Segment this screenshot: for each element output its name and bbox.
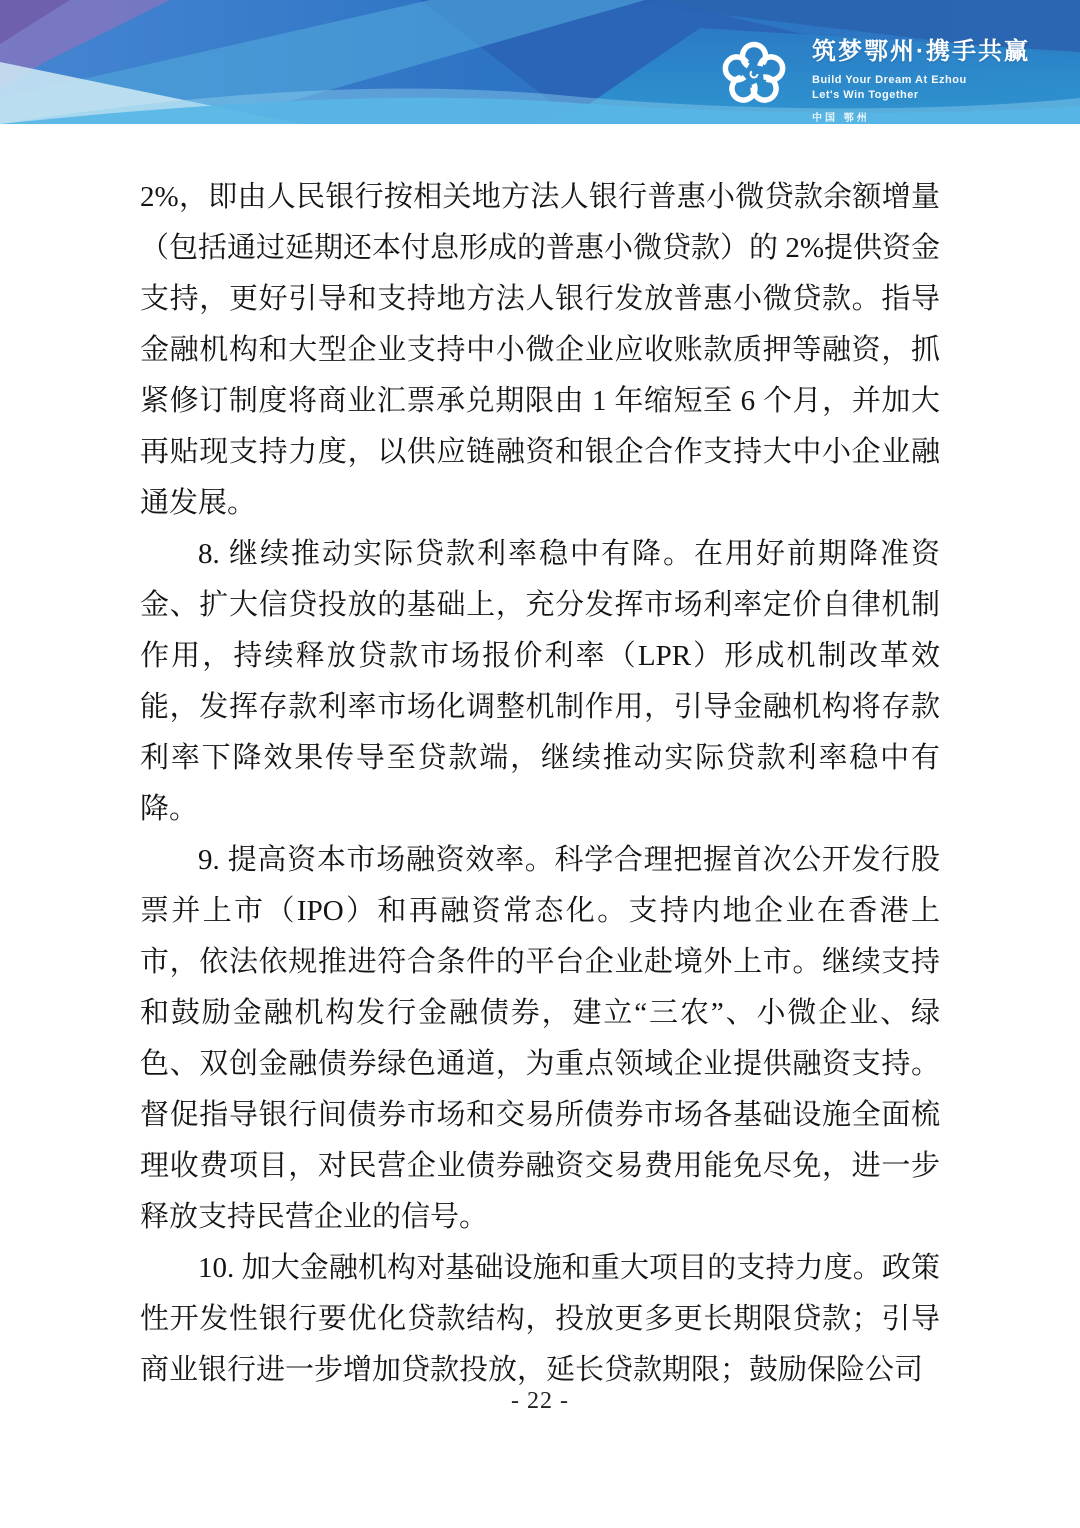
document-body: 2%，即由人民银行按相关地方法人银行普惠小微贷款余额增量（包括通过延期还本付息形… — [140, 172, 940, 1396]
paragraph-9: 9. 提高资本市场融资效率。科学合理把握首次公开发行股票并上市（IPO）和再融资… — [140, 835, 940, 1243]
document-page: 筑梦鄂州·携手共赢 Build Your Dream At Ezhou Let'… — [0, 0, 1080, 1528]
ezhou-flower-logo-icon — [712, 30, 796, 116]
paragraph-7-continuation: 2%，即由人民银行按相关地方法人银行普惠小微贷款余额增量（包括通过延期还本付息形… — [140, 172, 940, 529]
brand-subtitle-en-2: Let's Win Together — [812, 88, 1030, 102]
paragraph-10: 10. 加大金融机构对基础设施和重大项目的支持力度。政策性开发性银行要优化贷款结… — [140, 1243, 940, 1396]
header-banner: 筑梦鄂州·携手共赢 Build Your Dream At Ezhou Let'… — [0, 0, 1080, 124]
brand-block: 筑梦鄂州·携手共赢 Build Your Dream At Ezhou Let'… — [712, 30, 1030, 124]
paragraph-8: 8. 继续推动实际贷款利率稳中有降。在用好前期降准资金、扩大信贷投放的基础上，充… — [140, 529, 940, 835]
brand-text: 筑梦鄂州·携手共赢 Build Your Dream At Ezhou Let'… — [812, 30, 1030, 124]
brand-title: 筑梦鄂州·携手共赢 — [812, 38, 1030, 66]
brand-subtitle-en-1: Build Your Dream At Ezhou — [812, 73, 1030, 87]
page-number: - 22 - — [0, 1388, 1080, 1415]
brand-region: 中国 鄂州 — [812, 109, 1030, 124]
